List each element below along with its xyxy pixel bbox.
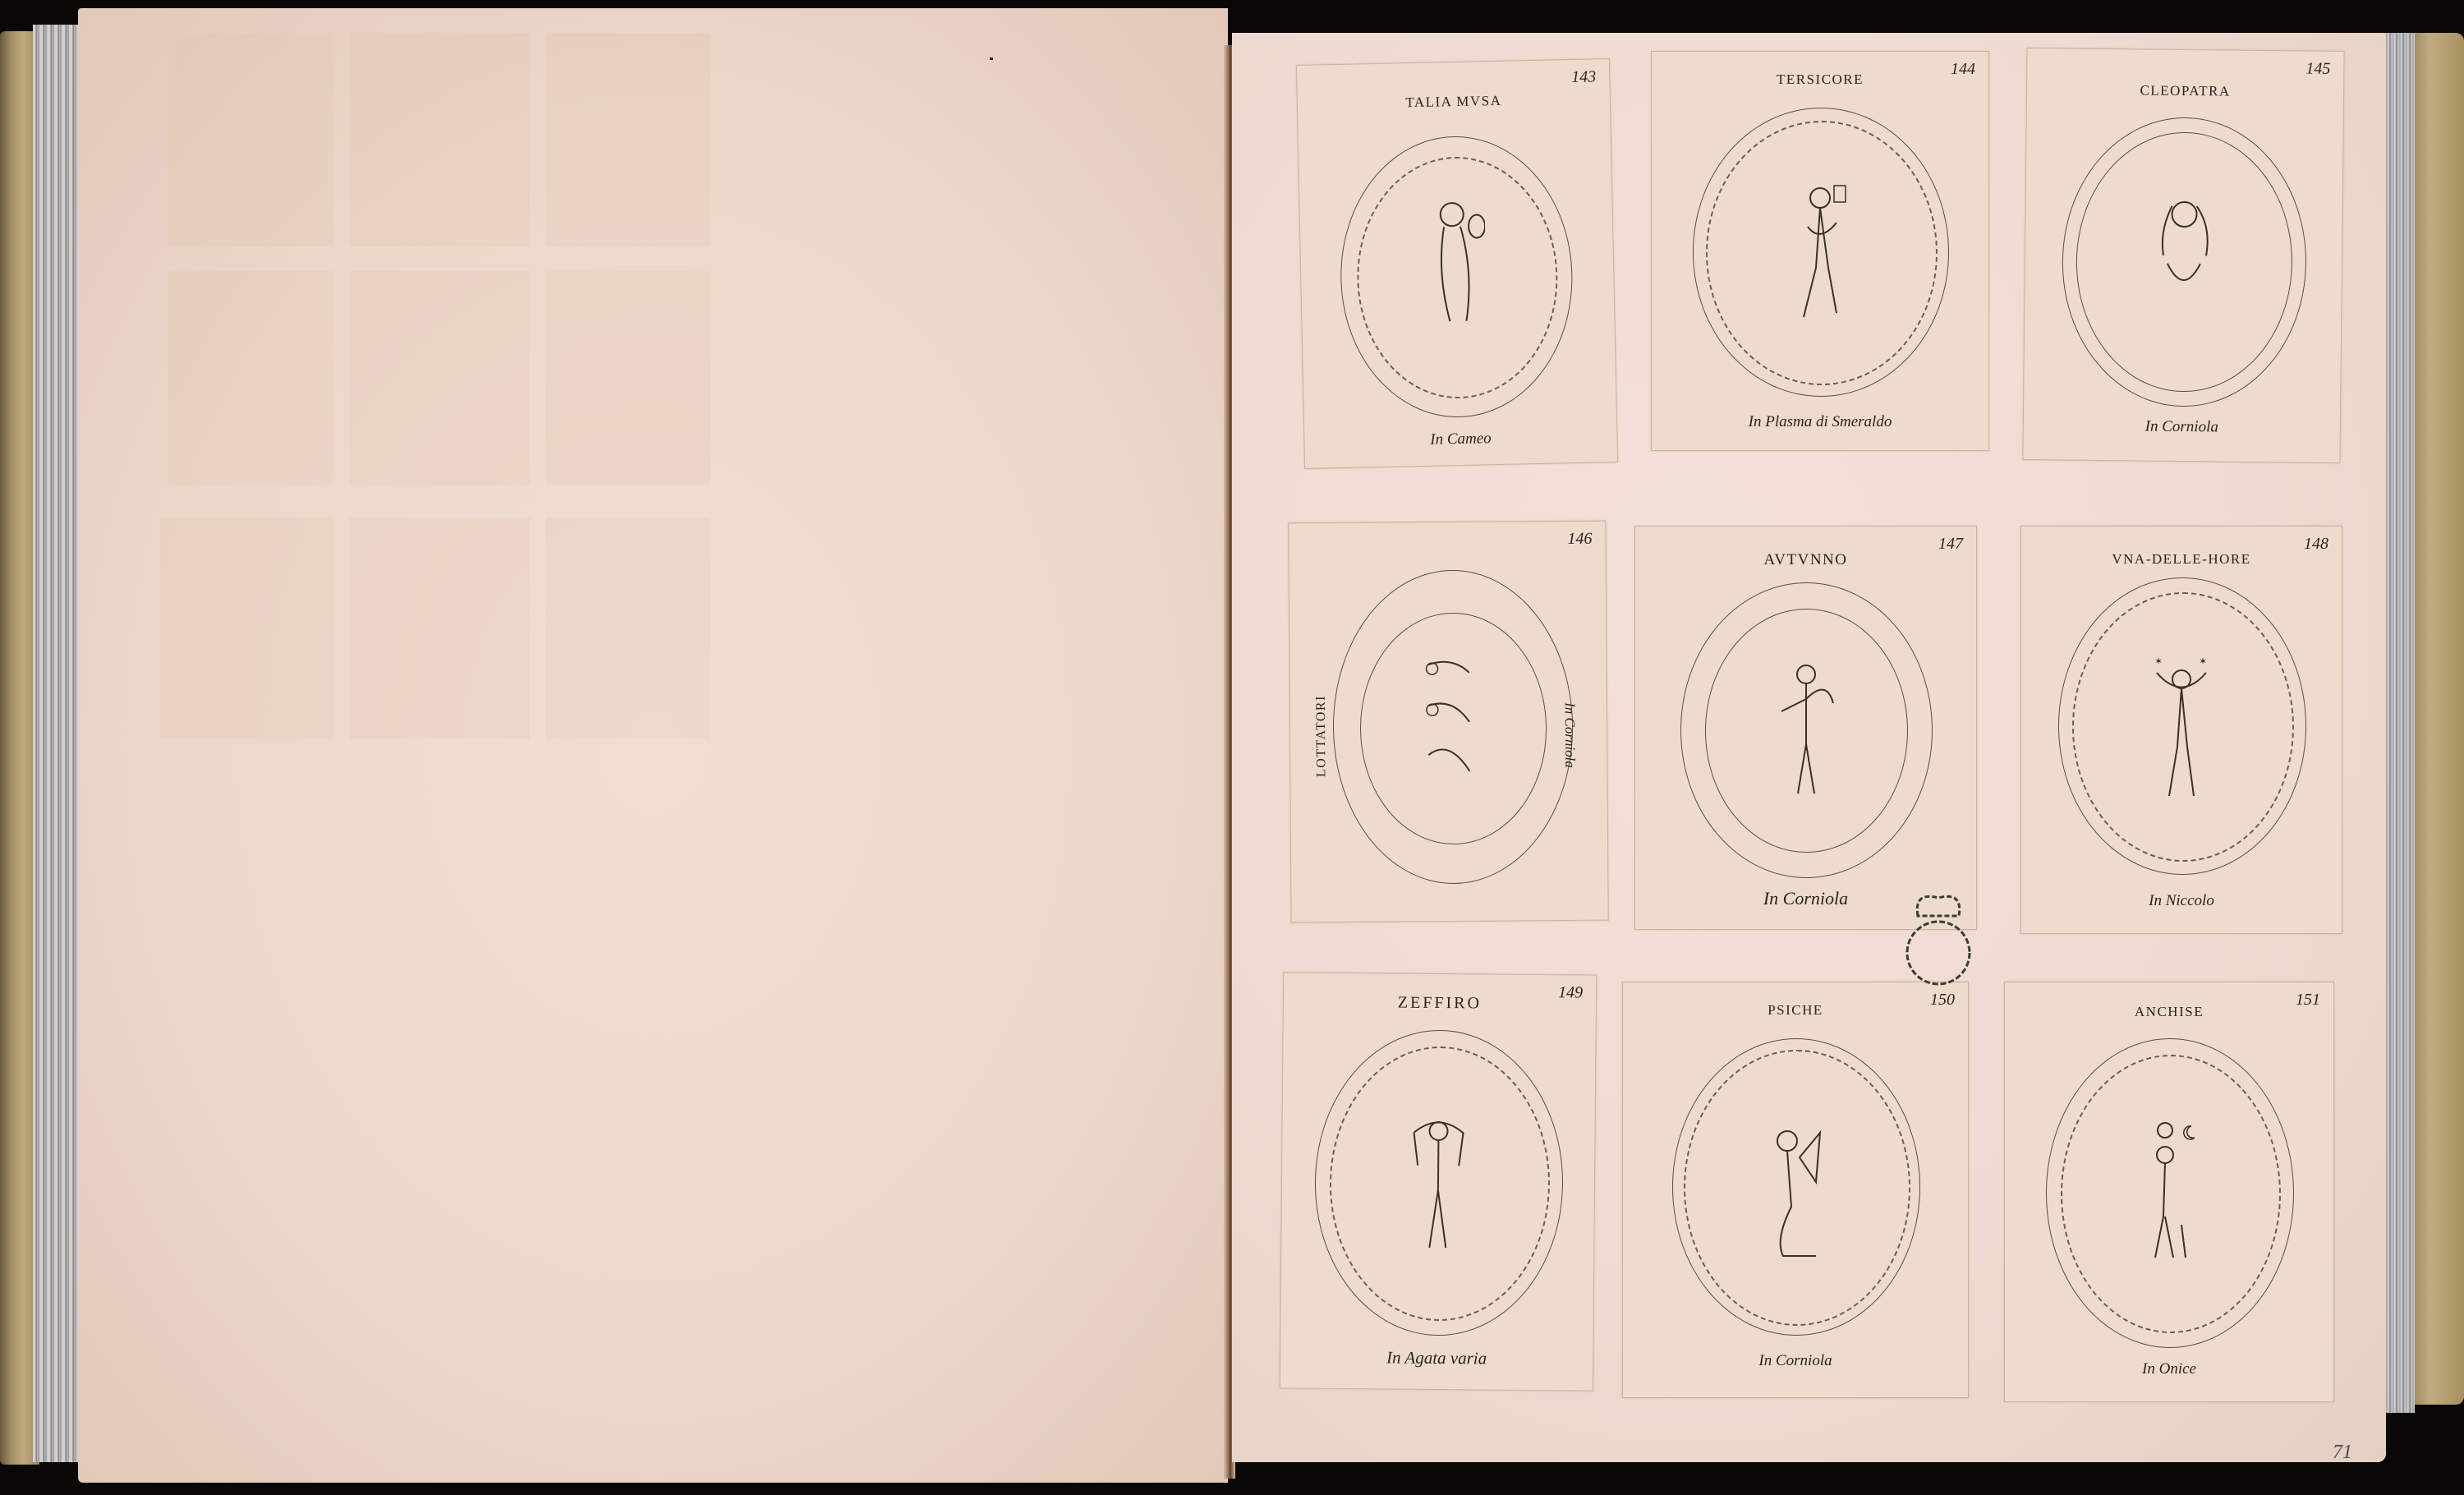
offset-shadow [546, 33, 710, 246]
plate-caption: In Cameo [1304, 427, 1616, 452]
figure-autumn-cupid-icon [1777, 654, 1835, 802]
figure-aeneas-anchises-icon [2140, 1118, 2198, 1266]
plate-caption: In Niccolo [2021, 892, 2342, 910]
folio-number: 71 [2333, 1442, 2352, 1464]
figure-hora-dancing-icon: ✶✶ [2153, 656, 2210, 804]
figure-dancing-muse-icon [1791, 177, 1849, 325]
figure-psyche-kneeling-icon [1767, 1116, 1824, 1264]
figure-woman-with-mask-icon [1427, 189, 1487, 338]
plate-148: 148 VNA-DELLE-HORE ✶✶ In Niccolo [2020, 526, 2342, 934]
plate-caption: In Agata varia [1280, 1346, 1593, 1369]
figure-zephyr-icon [1409, 1107, 1468, 1256]
svg-text:✶: ✶ [2199, 656, 2207, 667]
svg-text:✶: ✶ [2154, 656, 2163, 667]
plate-title: PSICHE [1623, 1002, 1968, 1019]
plate-title: ZEFFIRO [1284, 992, 1596, 1014]
offset-shadow [160, 517, 333, 739]
plate-144: 144 TERSICORE In Plasma di Smeraldo [1651, 51, 1989, 451]
offset-shadow [349, 517, 530, 739]
plate-143: 143 TALIA MVSA In Cameo [1296, 58, 1618, 469]
plate-151: 151 ANCHISE In Onice [2004, 982, 2334, 1402]
plate-150: 150 PSICHE In Corniola [1622, 982, 1969, 1398]
figure-wrestlers-icon [1419, 647, 1478, 795]
plate-title: ANCHISE [2005, 1004, 2333, 1020]
offset-shadow [168, 33, 333, 246]
open-book: 143 TALIA MVSA In Cameo 144 TERSICORE In… [0, 0, 2464, 1495]
book-cover-right [2407, 33, 2464, 1405]
plate-caption: In Plasma di Smeraldo [1652, 413, 1988, 431]
offset-shadow [349, 271, 530, 485]
left-page [78, 8, 1228, 1483]
figure-cleopatra-bust-icon [2154, 182, 2213, 330]
plate-number: 146 [1567, 530, 1592, 549]
plate-title: CLEOPATRA [2027, 81, 2343, 101]
plate-caption-vertical: In Corniola [1561, 702, 1579, 768]
offset-shadow [546, 517, 710, 739]
ink-speck [990, 57, 993, 60]
offset-shadow [168, 271, 333, 485]
plate-caption: In Corniola [1623, 1352, 1968, 1370]
plate-title: AVTVNNO [1635, 551, 1976, 569]
plate-title: VNA-DELLE-HORE [2021, 551, 2342, 568]
plate-title-vertical: LOTTATORI [1314, 695, 1330, 777]
page-edges-right [2382, 33, 2415, 1413]
page-edges-left [33, 25, 82, 1462]
plate-number: 143 [1571, 67, 1596, 87]
plate-title: TERSICORE [1652, 71, 1988, 88]
plate-149: 149 ZEFFIRO In Agata varia [1280, 972, 1597, 1391]
plate-145: 145 CLEOPATRA In Corniola [2022, 48, 2344, 463]
library-stamp-icon [1901, 883, 1975, 990]
plate-title: TALIA MVSA [1298, 90, 1610, 113]
plate-caption: In Onice [2005, 1360, 2333, 1378]
plate-caption: In Corniola [2024, 416, 2340, 438]
offset-shadow [349, 33, 530, 246]
plate-number: 145 [2305, 60, 2330, 79]
plate-146: 146 LOTTATORI In Corniola [1288, 521, 1608, 923]
plate-147: 147 AVTVNNO In Corniola [1634, 526, 1977, 930]
offset-shadow [546, 271, 710, 485]
